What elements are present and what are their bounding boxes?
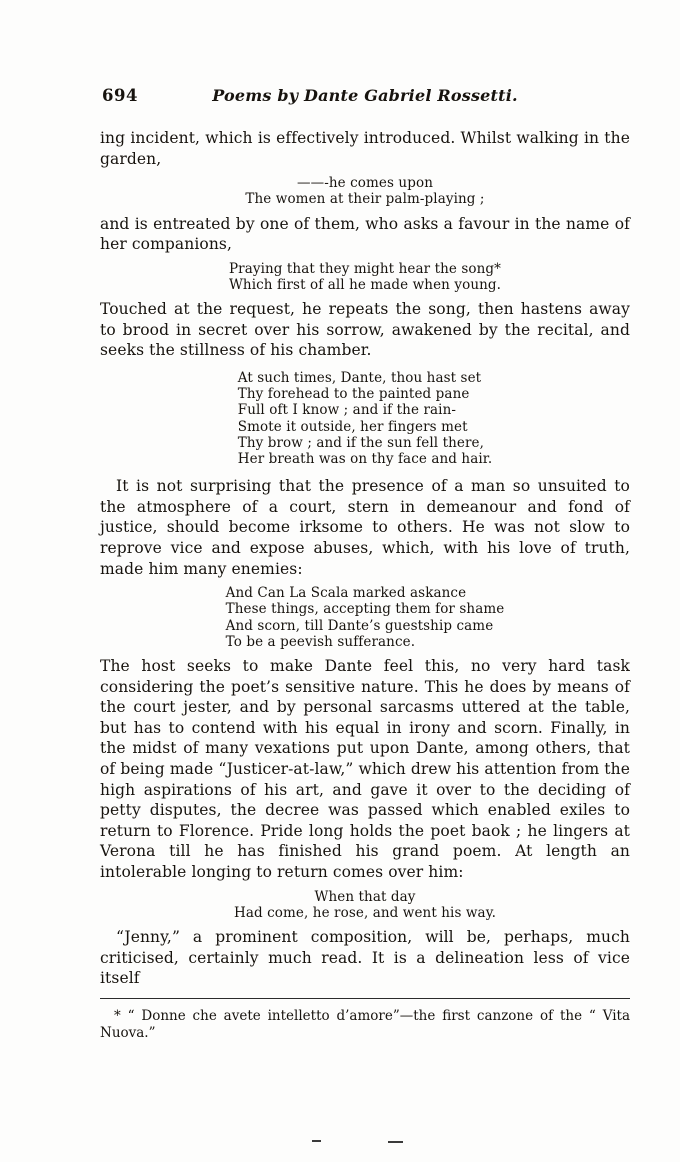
verse-line: Had come, he rose, and went his way. <box>100 905 630 921</box>
book-page: 694 Poems by Dante Gabriel Rossetti. ing… <box>0 0 680 1162</box>
verse-line: The women at their palm-playing ; <box>100 191 630 207</box>
page-number: 694 <box>102 86 138 105</box>
verse-line: Smote it outside, her fingers met <box>238 419 493 435</box>
verse-line: Her breath was on thy face and hair. <box>238 451 493 467</box>
verse-quote: At such times, Dante, thou hast set Thy … <box>238 370 493 467</box>
verse-line: Thy brow ; and if the sun fell there, <box>238 435 493 451</box>
verse-line: And Can La Scala marked askance <box>226 585 505 601</box>
verse-quote: Praying that they might hear the song* W… <box>229 261 501 293</box>
verse-line: To be a peevish sufferance. <box>226 634 505 650</box>
footnote: * “ Donne che avete intelletto d’amore”—… <box>100 1008 630 1043</box>
paragraph: ing incident, which is effectively intro… <box>100 128 630 169</box>
page-header: 694 Poems by Dante Gabriel Rossetti. <box>100 86 630 108</box>
footnote-rule <box>100 998 630 999</box>
paragraph: The host seeks to make Dante feel this, … <box>100 656 630 883</box>
verse-quote: When that day Had come, he rose, and wen… <box>100 889 630 921</box>
verse-quote: And Can La Scala marked askance These th… <box>226 585 505 650</box>
verse-line: Full oft I know ; and if the rain- <box>238 402 493 418</box>
running-title: Poems by Dante Gabriel Rossetti. <box>212 86 518 105</box>
page-body: ing incident, which is effectively intro… <box>100 128 630 989</box>
verse-quote: ——-he comes upon The women at their palm… <box>100 175 630 207</box>
verse-line: Which first of all he made when young. <box>229 277 501 293</box>
verse-line: Praying that they might hear the song* <box>229 261 501 277</box>
verse-line: Thy forehead to the painted pane <box>238 386 493 402</box>
verse-line: ——-he comes upon <box>100 175 630 191</box>
paragraph: and is entreated by one of them, who ask… <box>100 214 630 255</box>
paragraph: Touched at the request, he repeats the s… <box>100 299 630 361</box>
verse-line: These things, accepting them for shame <box>226 601 505 617</box>
verse-line: At such times, Dante, thou hast set <box>238 370 493 386</box>
verse-line: When that day <box>100 889 630 905</box>
paragraph: “Jenny,” a prominent composition, will b… <box>100 927 630 989</box>
page-footer: * “ Donne che avete intelletto d’amore”—… <box>100 998 630 1043</box>
verse-line: And scorn, till Dante’s guestship came <box>226 618 505 634</box>
paragraph: It is not surprising that the presence o… <box>100 476 630 579</box>
scan-artifact-dash <box>388 1141 403 1143</box>
scan-artifact-dash <box>312 1140 321 1142</box>
